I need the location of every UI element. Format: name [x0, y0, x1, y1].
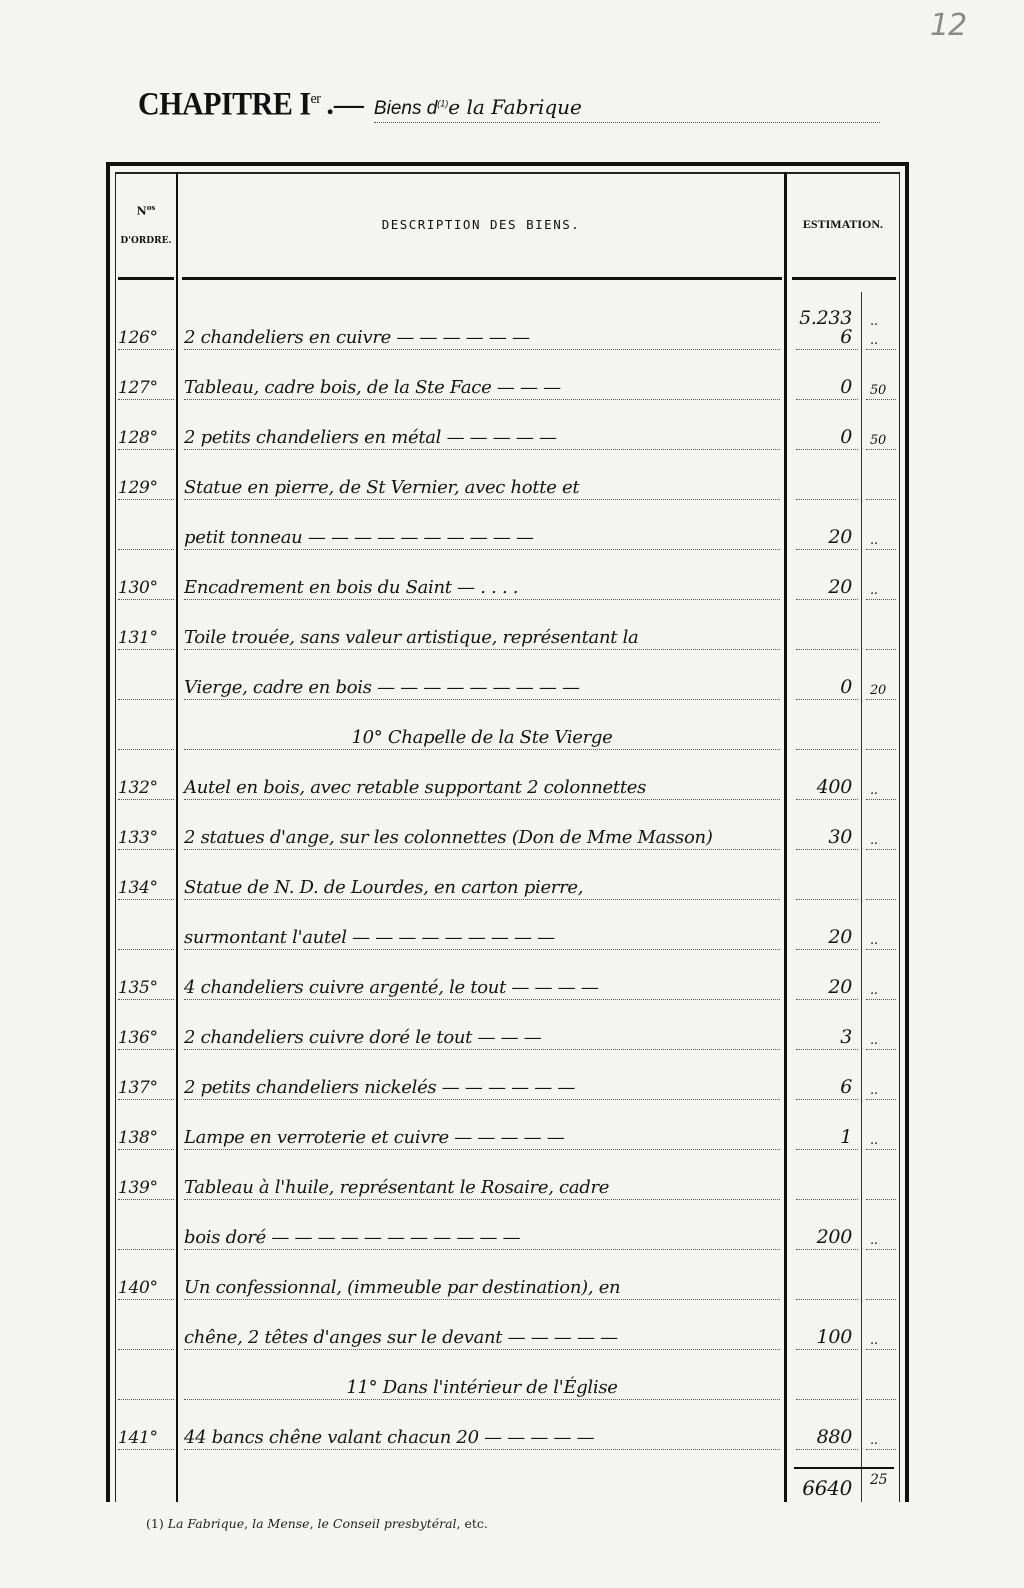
estimation-cents: 50	[866, 410, 896, 450]
table-row: chêne, 2 têtes d'anges sur le devant — —…	[106, 1300, 909, 1350]
item-description: 2 statues d'ange, sur les colonnettes (D…	[184, 810, 780, 850]
table-row: 138°Lampe en verroterie et cuivre — — — …	[106, 1100, 909, 1150]
item-number: 128°	[118, 410, 174, 450]
estimation-francs: 0	[796, 410, 858, 450]
item-description: Lampe en verroterie et cuivre — — — — —	[184, 1110, 780, 1150]
estimation-francs	[796, 1160, 858, 1200]
item-number: 131°	[118, 610, 174, 650]
estimation-cents: ..	[866, 1210, 896, 1250]
table-row: 131°Toile trouée, sans valeur artistique…	[106, 600, 909, 650]
estimation-cents	[866, 1160, 896, 1200]
table-row: surmontant l'autel — — — — — — — — —20..	[106, 900, 909, 950]
estimation-cents: ..	[866, 1010, 896, 1050]
estimation-francs: 20	[796, 910, 858, 950]
total-francs: 6640	[796, 1472, 858, 1500]
estimation-cents: ..	[866, 910, 896, 950]
estimation-francs: 30	[796, 810, 858, 850]
estimation-francs	[796, 860, 858, 900]
estimation-francs: 6	[796, 310, 858, 350]
estimation-francs: 20	[796, 960, 858, 1000]
header-number: Nos D'ORDRE.	[116, 172, 176, 277]
estimation-francs	[796, 710, 858, 750]
item-number	[118, 710, 174, 750]
section-title: 11° Dans l'intérieur de l'Église	[184, 1360, 780, 1400]
item-description: Autel en bois, avec retable supportant 2…	[184, 760, 780, 800]
item-description: Tableau, cadre bois, de la Ste Face — — …	[184, 360, 780, 400]
item-number: 141°	[118, 1410, 174, 1450]
header-estimation: ESTIMATION.	[787, 172, 899, 277]
estimation-cents: ..	[866, 1110, 896, 1150]
estimation-cents	[866, 1260, 896, 1300]
estimation-francs: 100	[796, 1310, 858, 1350]
estimation-cents: ..	[866, 960, 896, 1000]
table-row: 139°Tableau à l'huile, représentant le R…	[106, 1150, 909, 1200]
inventory-table: Nos D'ORDRE. DESCRIPTION DES BIENS. ESTI…	[106, 162, 909, 1502]
item-description: 2 chandeliers cuivre doré le tout — — —	[184, 1010, 780, 1050]
item-description: 44 bancs chêne valant chacun 20 — — — — …	[184, 1410, 780, 1450]
total-cents: 25	[866, 1472, 900, 1500]
estimation-cents	[866, 710, 896, 750]
item-description: 2 petits chandeliers nickelés — — — — — …	[184, 1060, 780, 1100]
chapter-title: Biens d(1)e la Fabrique	[374, 95, 880, 123]
item-number: 129°	[118, 460, 174, 500]
item-description: surmontant l'autel — — — — — — — — —	[184, 910, 780, 950]
table-row: 126°2 chandeliers en cuivre — — — — — —6…	[106, 300, 909, 350]
table-row: 137°2 petits chandeliers nickelés — — — …	[106, 1050, 909, 1100]
estimation-francs: 200	[796, 1210, 858, 1250]
estimation-cents	[866, 610, 896, 650]
item-number	[118, 1210, 174, 1250]
item-number	[118, 1310, 174, 1350]
estimation-francs	[796, 1260, 858, 1300]
estimation-francs: 20	[796, 560, 858, 600]
item-description: 2 chandeliers en cuivre — — — — — —	[184, 310, 780, 350]
total-rule	[794, 1467, 894, 1469]
estimation-francs: 6	[796, 1060, 858, 1100]
table-row: 133°2 statues d'ange, sur les colonnette…	[106, 800, 909, 850]
section-heading-row: 11° Dans l'intérieur de l'Église	[106, 1350, 909, 1400]
item-description: Tableau à l'huile, représentant le Rosai…	[184, 1160, 780, 1200]
item-description: Vierge, cadre en bois — — — — — — — — —	[184, 660, 780, 700]
item-number	[118, 910, 174, 950]
estimation-francs: 0	[796, 660, 858, 700]
item-number	[118, 510, 174, 550]
item-number: 132°	[118, 760, 174, 800]
item-number: 139°	[118, 1160, 174, 1200]
item-number: 137°	[118, 1060, 174, 1100]
chapter-heading: CHAPITRE Ier .— Biens d(1)e la Fabrique	[138, 88, 880, 128]
item-number: 136°	[118, 1010, 174, 1050]
estimation-francs: 400	[796, 760, 858, 800]
estimation-cents	[866, 860, 896, 900]
item-description: chêne, 2 têtes d'anges sur le devant — —…	[184, 1310, 780, 1350]
estimation-cents	[866, 1360, 896, 1400]
item-number: 138°	[118, 1110, 174, 1150]
table-row: Vierge, cadre en bois — — — — — — — — —0…	[106, 650, 909, 700]
table-row: 130°Encadrement en bois du Saint — . . .…	[106, 550, 909, 600]
estimation-francs	[796, 460, 858, 500]
estimation-francs	[796, 610, 858, 650]
estimation-francs: 880	[796, 1410, 858, 1450]
item-description: Toile trouée, sans valeur artistique, re…	[184, 610, 780, 650]
estimation-cents: ..	[866, 1310, 896, 1350]
estimation-francs: 1	[796, 1110, 858, 1150]
estimation-cents	[866, 460, 896, 500]
item-number: 126°	[118, 310, 174, 350]
estimation-cents: ..	[866, 810, 896, 850]
item-number	[118, 660, 174, 700]
item-number: 135°	[118, 960, 174, 1000]
item-description: 4 chandeliers cuivre argenté, le tout — …	[184, 960, 780, 1000]
item-description: petit tonneau — — — — — — — — — —	[184, 510, 780, 550]
item-description: Statue en pierre, de St Vernier, avec ho…	[184, 460, 780, 500]
estimation-cents: ..	[866, 510, 896, 550]
estimation-cents: ..	[866, 1060, 896, 1100]
item-description: Un confessionnal, (immeuble par destinat…	[184, 1260, 780, 1300]
item-description: Encadrement en bois du Saint — . . . .	[184, 560, 780, 600]
table-row: 128°2 petits chandeliers en métal — — — …	[106, 400, 909, 450]
table-row: 132°Autel en bois, avec retable supporta…	[106, 750, 909, 800]
estimation-francs: 3	[796, 1010, 858, 1050]
header-description: DESCRIPTION DES BIENS.	[178, 172, 784, 277]
section-heading-row: 10° Chapelle de la Ste Vierge	[106, 700, 909, 750]
estimation-francs	[796, 1360, 858, 1400]
item-number	[118, 1360, 174, 1400]
estimation-cents: ..	[866, 310, 896, 350]
chapter-dash: .—	[326, 88, 364, 122]
estimation-cents: 50	[866, 360, 896, 400]
table-row: bois doré — — — — — — — — — — —200..	[106, 1200, 909, 1250]
item-number: 130°	[118, 560, 174, 600]
item-description: bois doré — — — — — — — — — — —	[184, 1210, 780, 1250]
item-number: 127°	[118, 360, 174, 400]
table-row: 140°Un confessionnal, (immeuble par dest…	[106, 1250, 909, 1300]
table-row: 136°2 chandeliers cuivre doré le tout — …	[106, 1000, 909, 1050]
table-row: 134°Statue de N. D. de Lourdes, en carto…	[106, 850, 909, 900]
estimation-francs: 0	[796, 360, 858, 400]
footnote: (1) La Fabrique, la Mense, le Conseil pr…	[146, 1516, 488, 1531]
table-row: 135°4 chandeliers cuivre argenté, le tou…	[106, 950, 909, 1000]
table-row: 127°Tableau, cadre bois, de la Ste Face …	[106, 350, 909, 400]
item-number: 140°	[118, 1260, 174, 1300]
item-description: Statue de N. D. de Lourdes, en carton pi…	[184, 860, 780, 900]
section-title: 10° Chapelle de la Ste Vierge	[184, 710, 780, 750]
estimation-cents: ..	[866, 1410, 896, 1450]
estimation-cents: ..	[866, 760, 896, 800]
item-description: 2 petits chandeliers en métal — — — — —	[184, 410, 780, 450]
chapter-label: CHAPITRE Ier	[138, 87, 320, 124]
table-row: 129°Statue en pierre, de St Vernier, ave…	[106, 450, 909, 500]
estimation-cents: ..	[866, 560, 896, 600]
page-number: 12	[930, 8, 966, 43]
table-row: petit tonneau — — — — — — — — — —20..	[106, 500, 909, 550]
item-number: 134°	[118, 860, 174, 900]
table-row: 141°44 bancs chêne valant chacun 20 — — …	[106, 1400, 909, 1450]
estimation-cents: 20	[866, 660, 896, 700]
estimation-francs: 20	[796, 510, 858, 550]
item-number: 133°	[118, 810, 174, 850]
